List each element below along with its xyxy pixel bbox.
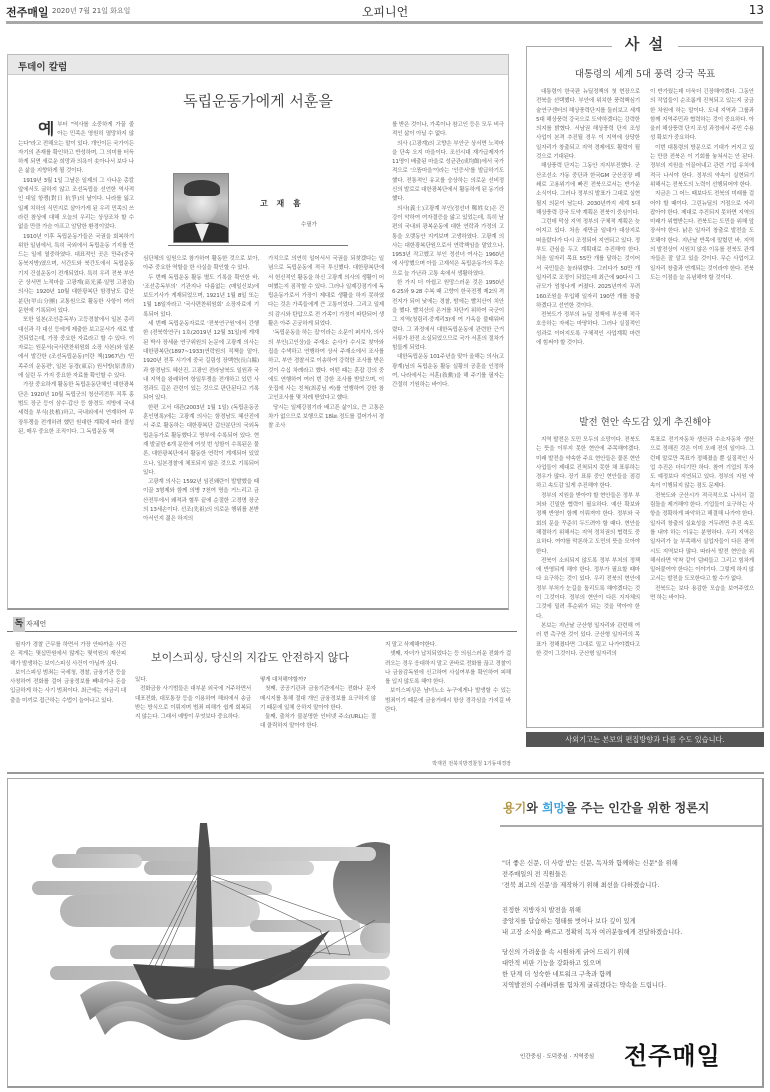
editorial-2-col2: 목표로 전기자동차 생산과 수소자동차 생산으로 정해진 것은 이미 오래 전의… — [650, 436, 754, 720]
masthead: 전주매일 2020년 7월 21일 화요일 오피니언 13 — [6, 3, 764, 19]
section-title: 오피니언 — [6, 3, 764, 20]
ad-paragraph-1: "더 좋은 신문, 더 사랑 받는 신문, 독자와 함께하는 신문"을 위해 전… — [502, 858, 678, 891]
masthead-rule — [6, 21, 763, 24]
today-column-title: 독립운동가에게 서훈을 — [8, 90, 508, 111]
today-column-header: 투데이 칼럼 — [8, 55, 508, 75]
author-photo — [173, 173, 229, 243]
author-name: 고 재 흠 — [260, 198, 304, 209]
ad-paragraph-3: 당신의 가려움을 속 시원하게 긁어 드리기 위해 대안적 비판 기능을 강화하… — [502, 947, 666, 991]
author-role: 수필가 — [301, 220, 317, 228]
reader-col4: 지 말고 삭제해야한다. 셋째, 자녀가 납치되었다는 등 의심스러운 전화가 … — [385, 641, 511, 759]
newspaper-logo: 전주매일 — [624, 1036, 721, 1071]
today-column-col3: 가치으로 의연히 일어서서 국권을 되찾겠다는 일념으로 독립운동에 적극 투신… — [268, 255, 384, 601]
ship-illustration — [30, 820, 390, 1070]
today-column: 투데이 칼럼 독립운동가에게 서훈을 고 재 흠 수필가 예 부터 "역사를 소… — [7, 54, 509, 610]
ad-slogan: 용기와 희망을 주는 인간을 위한 정론지 — [503, 799, 709, 816]
disclaimer-banner: 사외기고는 본보의 편집방향과 다를 수도 있습니다. — [526, 732, 764, 747]
ad-paragraph-2: 진정한 지방자치 발전을 위해 중앙지를 답습하는 형태를 벗어나 보다 깊이 … — [502, 905, 682, 938]
editorial-label: 사 설 — [610, 33, 680, 54]
editorial-headline-2: 발전 현안 속도감 있게 추진해야 — [526, 414, 764, 428]
editorial-1-col1: 대통령이 한국판 뉴딜정책의 첫 현장으로 전북을 선택했다. 부안에 위치한 … — [536, 88, 640, 400]
waves — [80, 981, 390, 1040]
editorial-1-col2: 이 반가웠는데 더욱더 긴장해야겠다. 그동안의 작업들이 순조롭게 진척되고 … — [650, 88, 754, 400]
reader-col3: 떻게 대처해야할까? 첫째, 공공기관과 금융기관에서는 전화나 문자메시지를 … — [260, 676, 376, 762]
today-column-col2: 심단체의 일원으로 참가하여 활동한 것으로 보아, 아주 중요한 역할을 한 … — [143, 255, 259, 601]
photo-divider — [168, 245, 348, 246]
reader-label-first: 독 — [13, 617, 25, 632]
editorial-headline-1: 대통령의 세계 5대 풍력 강국 목표 — [526, 66, 764, 80]
reader-col1: 필자가 경찰 근무를 하면서 가장 안타까운 사건은 적게는 몇십만원에서 많게… — [10, 641, 126, 761]
reader-author: 박재원 전북지방경찰청 1기동대경장 — [385, 760, 511, 767]
reader-title: 보이스피싱, 당신의 지갑도 안전하지 않다 — [130, 649, 370, 665]
today-column-col1: 예 부터 "역사를 소중하게 가꿀 줄 아는 민족은 영원히 멸망하지 않는다"… — [18, 121, 134, 601]
reader-section-header: 독 자제언 — [7, 617, 517, 632]
page-number: 13 — [749, 3, 764, 17]
today-column-label: 투데이 칼럼 — [18, 59, 67, 73]
today-column-col4: 를 받은 것이나, 가족이나 참고인 등은 모두 비극적인 삶이 아닐 수 없다… — [392, 121, 504, 601]
ad-tagline: 인간중심 · 도덕중심 · 지역중심 — [520, 1052, 594, 1060]
reader-col2: 있다. 전화금융 사기범들은 대부분 외국에 거주하면서 대포전화, 대포통장 … — [135, 676, 251, 762]
section-divider — [7, 772, 764, 774]
dropcap: 예 — [38, 121, 54, 138]
editorial-2-col1: 지역 발전은 도민 모두의 소망이다. 전북도는 뜻을 이루지 못한 현안에 주… — [536, 436, 640, 720]
reader-label-rest: 자제언 — [26, 619, 46, 629]
ad-slogan-divider — [500, 825, 762, 827]
